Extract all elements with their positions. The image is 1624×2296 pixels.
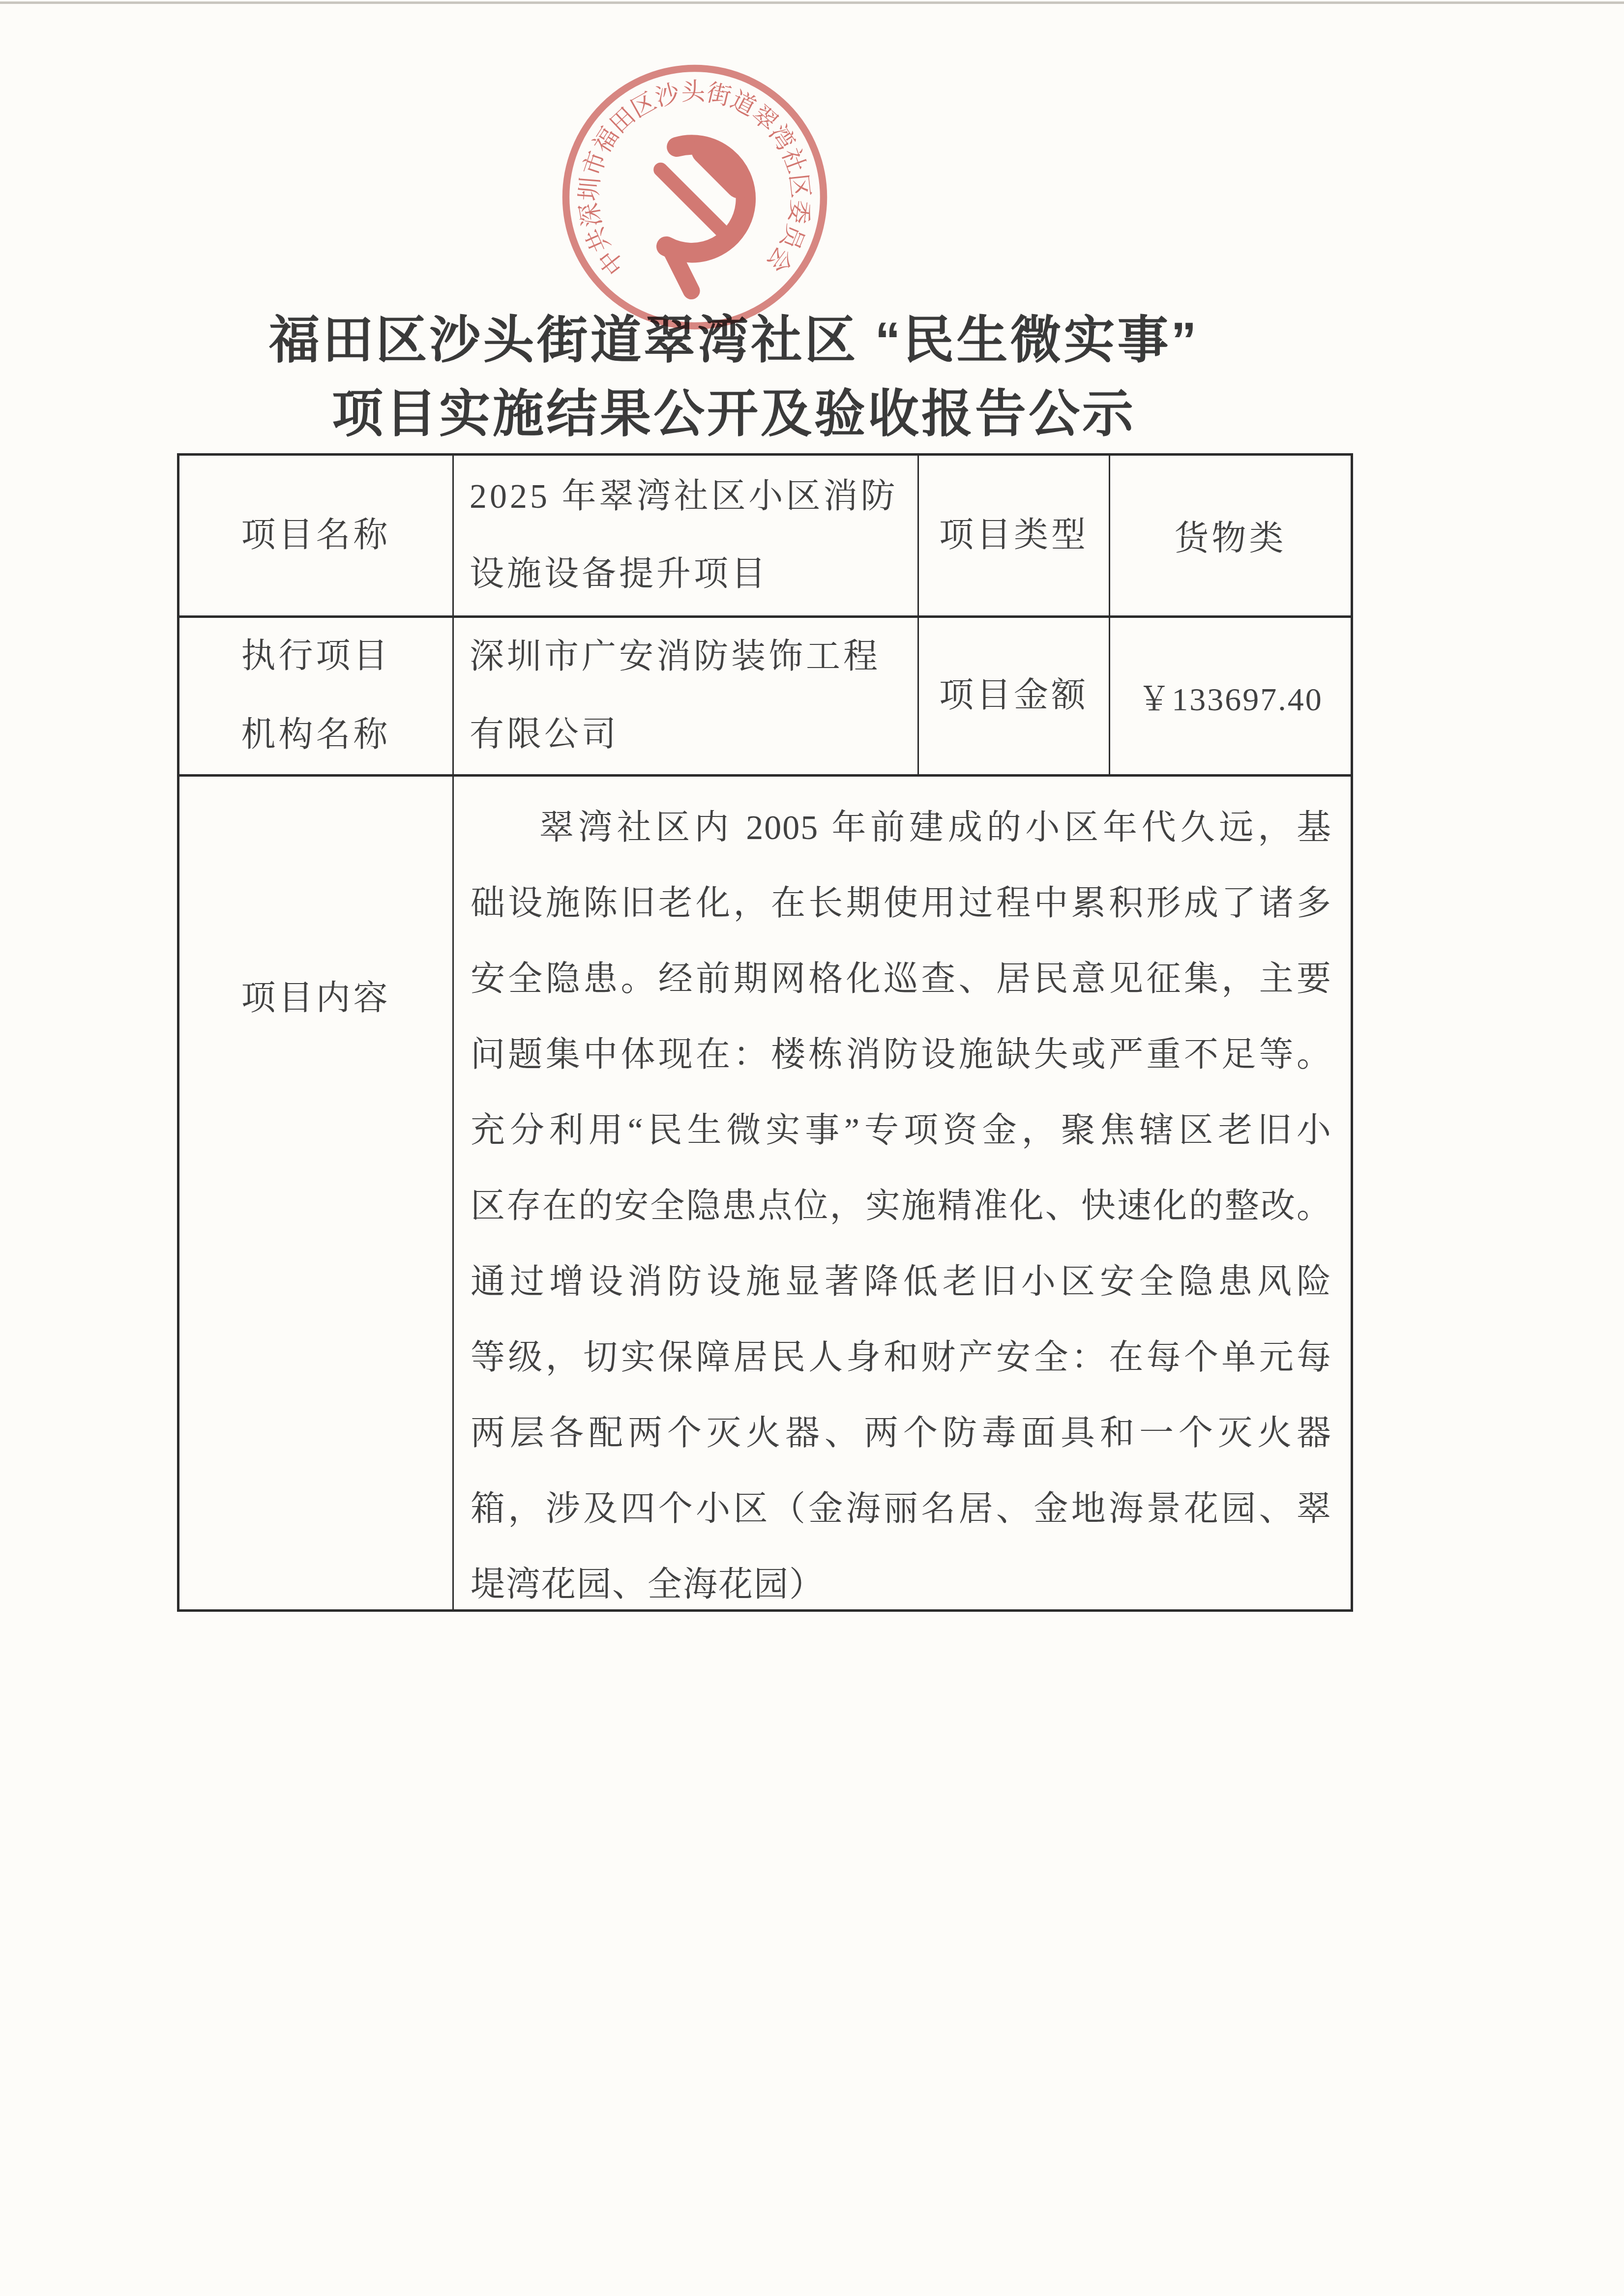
content-line: 区存在的安全隐患点位，实施精准化、快速化的整改。 xyxy=(471,1169,1332,1245)
content-line: 充分利用“民生微实事”专项资金，聚焦辖区老旧小 xyxy=(471,1093,1332,1169)
content-line: 通过增设消防设施显著降低老旧小区安全隐患风险 xyxy=(471,1245,1332,1320)
content-label: 项目内容 xyxy=(179,777,454,1609)
title-line-2: 项目实施结果公开及验收报告公示 xyxy=(0,378,1468,451)
project-name-value: 2025 年翠湾社区小区消防 设施设备提升项目 xyxy=(454,456,919,618)
agency-value: 深圳市广安消防装饰工程 有限公司 xyxy=(454,618,919,777)
project-name-line: 2025 年翠湾社区小区消防 xyxy=(470,458,898,536)
project-type-label-text: 项目类型 xyxy=(939,496,1089,575)
content-line: 翠湾社区内 2005 年前建成的小区年代久远，基 xyxy=(471,790,1332,866)
amount-value: ￥133697.40 xyxy=(1110,618,1351,777)
content-line: 问题集中体现在：楼栋消防设施缺失或严重不足等。 xyxy=(471,1017,1332,1093)
project-name-label: 项目名称 xyxy=(179,456,454,618)
official-seal: 中共深圳市福田区沙头街道翠湾社区委员会 xyxy=(550,55,840,339)
project-type-label: 项目类型 xyxy=(919,456,1110,618)
scan-edge-line xyxy=(0,1,1624,4)
project-name-label-text: 项目名称 xyxy=(241,496,391,575)
content-line: 堤湾花园、全海花园） xyxy=(471,1547,1332,1623)
content-text: 翠湾社区内 2005 年前建成的小区年代久远，基 础设施陈旧老化，在长期使用过程… xyxy=(454,777,1351,1609)
content-line: 箱，涉及四个小区（金海丽名居、金地海景花园、翠 xyxy=(471,1472,1332,1547)
agency-label: 执行项目 机构名称 xyxy=(179,618,454,777)
scanned-document-page: { "document": { "title": { "line1": "福田区… xyxy=(0,0,1624,2296)
seal-graphic: 中共深圳市福田区沙头街道翠湾社区委员会 xyxy=(550,55,840,339)
project-table: 项目名称 2025 年翠湾社区小区消防 设施设备提升项目 项目类型 货物类 执行… xyxy=(177,453,1353,1612)
content-line: 两层各配两个灭火器、两个防毒面具和一个灭火器 xyxy=(471,1396,1332,1472)
amount-label: 项目金额 xyxy=(919,618,1110,777)
agency-value-line: 有限公司 xyxy=(470,696,619,774)
content-line: 础设施陈旧老化，在长期使用过程中累积形成了诸多 xyxy=(471,866,1332,942)
project-name-line: 设施设备提升项目 xyxy=(470,536,768,613)
project-type-value: 货物类 xyxy=(1110,456,1351,618)
content-line: 安全隐患。经前期网格化巡查、居民意见征集，主要 xyxy=(471,942,1332,1017)
agency-label-line: 执行项目 xyxy=(241,617,391,696)
content-line: 等级，切实保障居民人身和财产安全：在每个单元每 xyxy=(471,1320,1332,1396)
project-type-value-text: 货物类 xyxy=(1175,511,1287,560)
hammer-sickle-icon xyxy=(661,145,746,291)
content-label-text: 项目内容 xyxy=(241,959,391,1038)
amount-value-text: ￥133697.40 xyxy=(1138,673,1323,720)
amount-label-text: 项目金额 xyxy=(939,657,1089,735)
agency-value-line: 深圳市广安消防装饰工程 xyxy=(470,618,881,696)
agency-label-line: 机构名称 xyxy=(241,696,391,775)
